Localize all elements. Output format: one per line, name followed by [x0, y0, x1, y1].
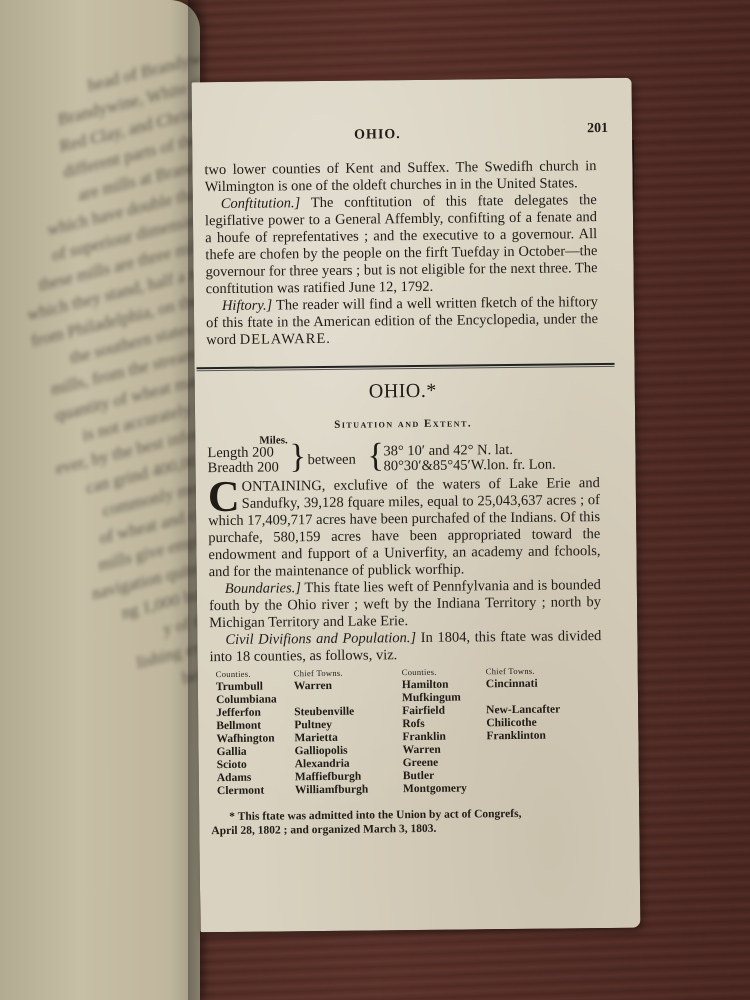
- town-cell: Franklinton: [486, 729, 596, 743]
- town-cell: Pultney: [294, 718, 398, 732]
- between-label: between: [307, 452, 355, 470]
- town-cell: [487, 768, 597, 782]
- page-number: 201: [587, 120, 608, 137]
- county-cell: Trumbull: [210, 680, 294, 694]
- town-cell: Warren: [294, 679, 398, 693]
- delaware-paragraph-churches: two lower counties of Kent and Suffex. T…: [204, 158, 596, 196]
- table-header: Counties.: [398, 665, 486, 679]
- civil-divisions-label: Civil Divifions and Population.]: [225, 630, 416, 648]
- counties-table: Counties. Chief Towns. Counties. Chief T…: [210, 664, 603, 798]
- blurred-text-block: head of Brandywine Brandywine, White Cla…: [0, 40, 200, 717]
- footnote-line: April 28, 1802 ; and organized March 3, …: [211, 820, 603, 838]
- history-keyword: DELAWARE.: [240, 331, 331, 348]
- drop-cap-letter: C: [208, 479, 240, 515]
- left-facing-page-blurred: head of Brandywine Brandywine, White Cla…: [0, 0, 200, 1000]
- town-cell: Galliopolis: [295, 744, 399, 758]
- county-cell: Scioto: [211, 758, 295, 772]
- delaware-history-paragraph: Hiftory.] The reader will find a well wr…: [206, 294, 599, 349]
- county-cell: Jefferfon: [210, 706, 294, 720]
- town-cell: [487, 781, 597, 795]
- county-cell: Franklin: [398, 730, 486, 744]
- town-cell: New-Lancafter: [486, 703, 596, 717]
- county-cell: Greene: [399, 756, 487, 770]
- town-cell: Marietta: [294, 731, 398, 745]
- running-head: OHIO. 201: [204, 130, 596, 154]
- civil-divisions-paragraph: Civil Divifions and Population.] In 1804…: [209, 628, 601, 666]
- town-cell: Steubenville: [294, 705, 398, 719]
- town-cell: Alexandria: [295, 757, 399, 771]
- history-label: Hiftory.]: [222, 297, 273, 314]
- town-cell: Cincinnati: [486, 677, 596, 691]
- county-cell: Mufkingum: [398, 691, 486, 705]
- town-cell: Chilicothe: [486, 716, 596, 730]
- county-cell: Bellmont: [210, 719, 294, 733]
- town-cell: [294, 692, 398, 706]
- section-title-ohio: OHIO.*: [207, 381, 599, 402]
- statehood-footnote: * This ftate was admitted into the Union…: [211, 806, 603, 838]
- county-cell: Butler: [399, 769, 487, 783]
- town-cell: [486, 742, 596, 756]
- dimensions-block: Miles. Length 200 Breadth 200 } between …: [207, 437, 599, 477]
- running-head-title: OHIO.: [354, 126, 401, 143]
- right-book-page: OHIO. 201 two lower counties of Kent and…: [192, 78, 641, 933]
- town-cell: [487, 755, 597, 769]
- left-brace-icon: {: [367, 439, 384, 473]
- right-brace-icon: }: [289, 440, 306, 474]
- county-cell: Fairfield: [398, 704, 486, 718]
- containing-text: ONTAINING, exclufive of the waters of La…: [208, 475, 601, 580]
- boundaries-paragraph: Boundaries.] This ftate lies weft of Pen…: [209, 577, 602, 632]
- containing-paragraph: CONTAINING, exclufive of the waters of L…: [208, 475, 601, 581]
- county-cell: Gallia: [211, 745, 295, 759]
- county-cell: Warren: [399, 743, 487, 757]
- longitude-range: 80°30′&85°45′W.lon. fr. Lon.: [384, 457, 556, 476]
- town-cell: Maffiefburgh: [295, 770, 399, 784]
- delaware-constitution-paragraph: Conftitution.] The conftitution of this …: [205, 192, 598, 298]
- county-cell: Montgomery: [399, 782, 487, 796]
- county-cell: Hamilton: [398, 678, 486, 692]
- table-header: Chief Towns.: [294, 666, 398, 680]
- section-divider-rule: [197, 363, 615, 371]
- town-cell: [486, 690, 596, 704]
- county-cell: Adams: [211, 771, 295, 785]
- constitution-label: Conftitution.]: [221, 195, 301, 212]
- county-cell: Columbiana: [210, 693, 294, 707]
- table-header: Chief Towns.: [486, 664, 596, 678]
- county-cell: Clermont: [211, 784, 295, 798]
- county-cell: Wafhington: [210, 732, 294, 746]
- town-cell: Williamfburgh: [295, 783, 399, 797]
- county-cell: Rofs: [398, 717, 486, 731]
- boundaries-label: Boundaries.]: [225, 580, 301, 597]
- table-header: Counties.: [210, 667, 294, 681]
